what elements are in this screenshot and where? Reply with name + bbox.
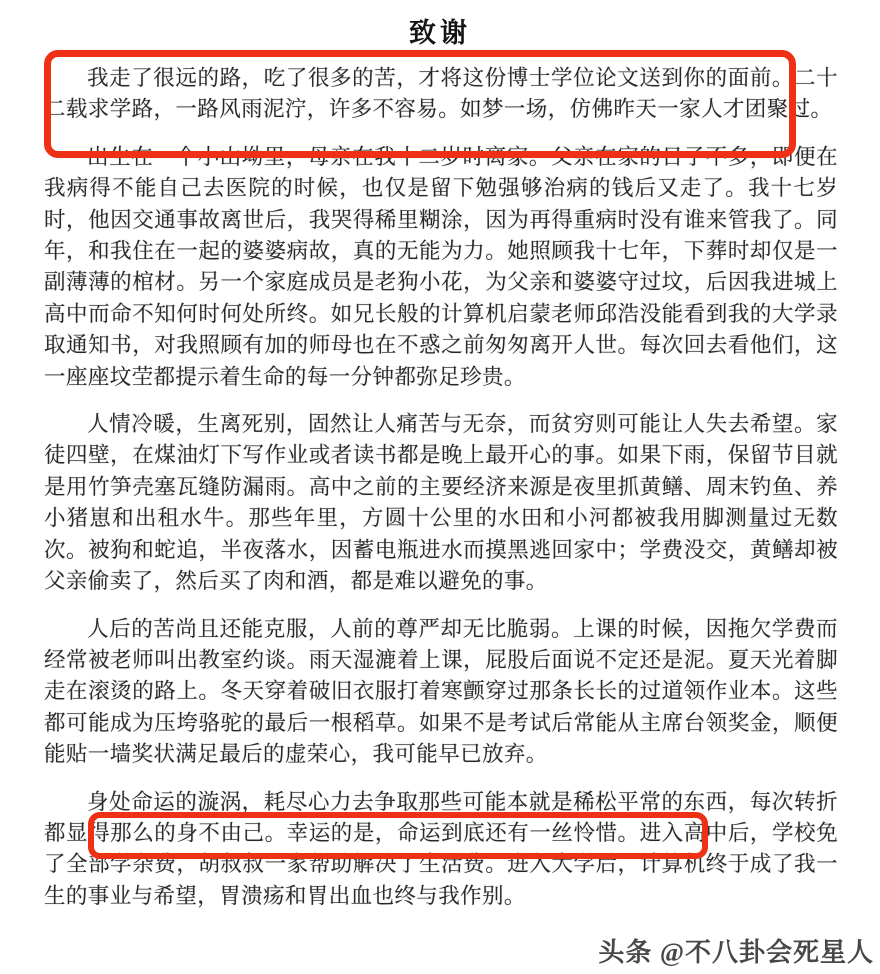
watermark-text: 头条 @不八卦会死星人 xyxy=(598,938,874,967)
paragraph-fate: 身处命运的漩涡，耗尽心力去争取那些可能本就是稀松平常的东西，每次转折都显得那么的… xyxy=(44,787,838,913)
document-body: 我走了很远的路，吃了很多的苦，才将这份博士学位论文送到你的面前。二十二载求学路，… xyxy=(0,50,880,912)
paragraph-opening: 我走了很远的路，吃了很多的苦，才将这份博士学位论文送到你的面前。二十二载求学路，… xyxy=(44,63,838,126)
paragraph-poverty: 人情冷暖，生离死别，固然让人痛苦与无奈，而贫穷则可能让人失去希望。家徒四壁，在煤… xyxy=(44,409,838,597)
thesis-acknowledgement-page: 致谢 我走了很远的路，吃了很多的苦，才将这份博士学位论文送到你的面前。二十二载求… xyxy=(0,0,880,974)
watermark: 头条 @不八卦会死星人 xyxy=(598,932,874,969)
page-title: 致谢 xyxy=(0,0,880,50)
paragraph-dignity: 人后的苦尚且还能克服，人前的尊严却无比脆弱。上课的时候，因拖欠学费而经常被老师叫… xyxy=(44,614,838,771)
paragraph-family: 出生在一个小山坳里，母亲在我十二岁时离家。父亲在家的日子不多，即便在我病得不能自… xyxy=(44,142,838,393)
